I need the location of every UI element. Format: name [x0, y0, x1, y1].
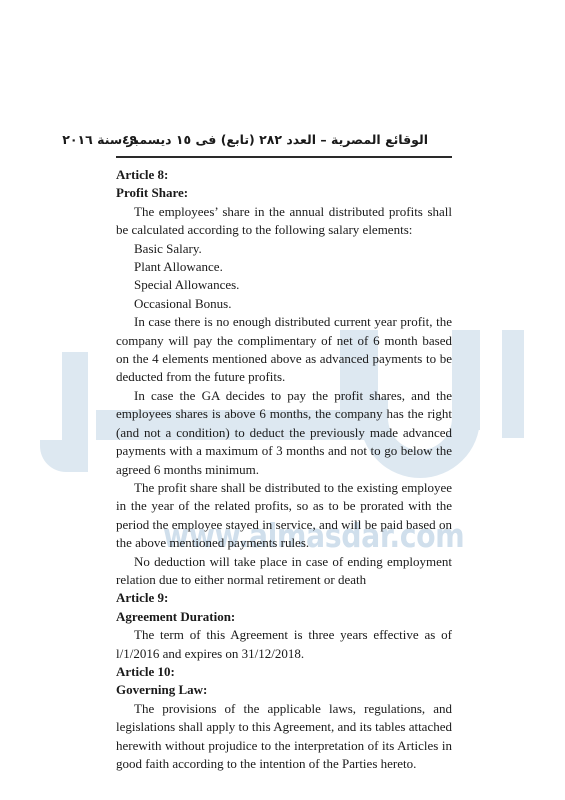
- watermark-shape: [502, 330, 524, 438]
- article-title: Governing Law:: [116, 681, 452, 699]
- paragraph: In case there is no enough distributed c…: [116, 313, 452, 387]
- article-10: Article 10: Governing Law: The provision…: [116, 663, 452, 773]
- watermark-shape: [452, 330, 480, 430]
- header-rule: [116, 156, 452, 158]
- document-page: الوقائع المصرية – العدد ٢٨٢ (تابع) فى ١٥…: [116, 128, 452, 773]
- page-number: ٤٩: [122, 132, 137, 147]
- list-item: Special Allowances.: [116, 276, 452, 294]
- article-number: Article 9:: [116, 589, 452, 607]
- paragraph: The term of this Agreement is three year…: [116, 626, 452, 663]
- running-header: الوقائع المصرية – العدد ٢٨٢ (تابع) فى ١٥…: [116, 128, 452, 152]
- article-number: Article 8:: [116, 166, 452, 184]
- list-item: Plant Allowance.: [116, 258, 452, 276]
- paragraph: No deduction will take place in case of …: [116, 553, 452, 590]
- watermark-shape: [40, 440, 88, 472]
- article-title: Profit Share:: [116, 184, 452, 202]
- article-title: Agreement Duration:: [116, 608, 452, 626]
- paragraph: The provisions of the applicable laws, r…: [116, 700, 452, 774]
- paragraph: In case the GA decides to pay the profit…: [116, 387, 452, 479]
- article-8: Article 8: Profit Share: The employees’ …: [116, 166, 452, 589]
- list-item: Occasional Bonus.: [116, 295, 452, 313]
- list-item: Basic Salary.: [116, 240, 452, 258]
- document-body: Article 8: Profit Share: The employees’ …: [116, 166, 452, 773]
- paragraph: The employees’ share in the annual distr…: [116, 203, 452, 240]
- running-title: الوقائع المصرية – العدد ٢٨٢ (تابع) فى ١٥…: [62, 132, 428, 147]
- paragraph: The profit share shall be distributed to…: [116, 479, 452, 553]
- article-number: Article 10:: [116, 663, 452, 681]
- article-9: Article 9: Agreement Duration: The term …: [116, 589, 452, 663]
